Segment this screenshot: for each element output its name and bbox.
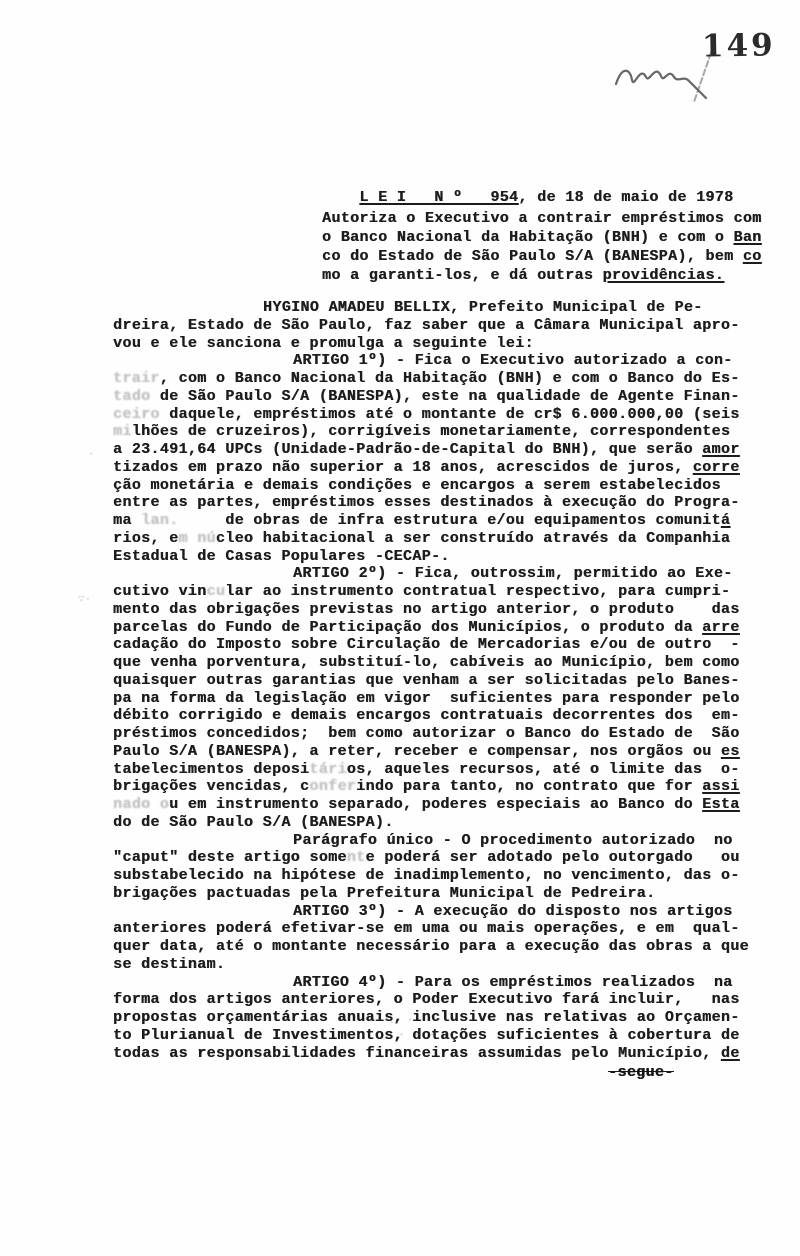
text-line: mo a garanti-los, e dá outras providênci… bbox=[322, 266, 762, 285]
text-segment: cu bbox=[207, 583, 226, 600]
text-segment: Parágrafo único - O procedimento autoriz… bbox=[293, 832, 733, 849]
document-page: 149 L E I N º 954, de 18 de maio de 1978… bbox=[0, 0, 800, 1256]
text-segment: de obras de infra estrutura e/ou equipam… bbox=[178, 512, 720, 529]
text-segment: onfer bbox=[309, 778, 356, 795]
text-segment: débito corrigido e demais encargos contr… bbox=[113, 707, 740, 724]
text-line: parcelas do Fundo de Participação dos Mu… bbox=[113, 619, 749, 637]
text-line: préstimos concedidos; bem como autorizar… bbox=[113, 725, 749, 743]
text-segment: tári bbox=[309, 761, 346, 778]
text-line: Paulo S/A (BANESPA), a reter, receber e … bbox=[113, 743, 749, 761]
text-segment: ARTIGO 4º) - Para os empréstimos realiza… bbox=[293, 974, 733, 991]
text-segment: Ban bbox=[733, 229, 761, 246]
text-segment: dreira, Estado de São Paulo, faz saber q… bbox=[113, 317, 740, 334]
text-segment: Esta bbox=[702, 796, 739, 813]
text-segment: os, aqueles recursos, até o limite das o… bbox=[347, 761, 740, 778]
text-segment: nado o bbox=[113, 796, 169, 813]
text-line: cutivo vincular ao instrumento contratua… bbox=[113, 583, 749, 601]
text-segment: Autoriza o Executivo a contrair emprésti… bbox=[322, 210, 762, 227]
text-line: ARTIGO 1º) - Fica o Executivo autorizado… bbox=[113, 352, 749, 370]
law-title-date: , de 18 de maio de 1978 bbox=[518, 189, 733, 206]
text-segment: Paulo S/A (BANESPA), a reter, receber e … bbox=[113, 743, 721, 760]
text-segment: á bbox=[721, 512, 730, 529]
law-summary: Autoriza o Executivo a contrair emprésti… bbox=[322, 209, 762, 285]
text-segment: co do Estado de São Paulo S/A (BANESPA),… bbox=[322, 248, 743, 265]
text-line: quaisquer outras garantias que venham a … bbox=[113, 672, 749, 690]
handwritten-page-mark: 149 bbox=[610, 18, 800, 113]
text-segment: corre bbox=[693, 459, 740, 476]
text-segment: e poderá ser adotado pelo outorgado ou bbox=[366, 849, 740, 866]
text-segment: anteriores poderá efetivar-se em uma ou … bbox=[113, 920, 740, 937]
text-line: brigações pactuadas pela Prefeitura Muni… bbox=[113, 885, 749, 903]
text-segment: ceiro bbox=[113, 406, 160, 423]
text-segment: cutivo vin bbox=[113, 583, 207, 600]
text-line: brigações vencidas, conferindo para tant… bbox=[113, 778, 749, 796]
text-segment: lar ao instrumento contratual respectivo… bbox=[225, 583, 730, 600]
continuation-mark: -segue- bbox=[608, 1064, 673, 1081]
text-segment: amor bbox=[702, 441, 739, 458]
text-segment: tabelecimentos deposi bbox=[113, 761, 309, 778]
text-line: a 23.491,64 UPCs (Unidade-Padrão-de-Capi… bbox=[113, 441, 749, 459]
text-segment: providências. bbox=[603, 267, 725, 284]
text-line: entre as partes, empréstimos esses desti… bbox=[113, 494, 749, 512]
text-line: tado de São Paulo S/A (BANESPA), este na… bbox=[113, 388, 749, 406]
text-line: do de São Paulo S/A (BANESPA). bbox=[113, 814, 749, 832]
text-segment: brigações pactuadas pela Prefeitura Muni… bbox=[113, 885, 655, 902]
text-segment: daquele, empréstimos até o montante de c… bbox=[160, 406, 740, 423]
text-line: co do Estado de São Paulo S/A (BANESPA),… bbox=[322, 247, 762, 266]
text-segment: tado bbox=[113, 388, 160, 405]
text-line: todas as responsabilidades financeiras a… bbox=[113, 1045, 749, 1063]
text-line: vou e ele sanciona e promulga a seguinte… bbox=[113, 335, 749, 353]
text-line: substabelecido na hipótese de inadimplem… bbox=[113, 867, 749, 885]
text-segment: mo a garanti-los, e dá outras bbox=[322, 267, 603, 284]
text-line: milhões de cruzeiros), corrigíveis monet… bbox=[113, 423, 749, 441]
text-line: se destinam. bbox=[113, 956, 749, 974]
scan-artifact: ∵· bbox=[78, 592, 91, 606]
text-segment: lan. bbox=[141, 512, 178, 529]
text-segment: ção monetária e demais condições e encar… bbox=[113, 477, 721, 494]
text-segment: HYGINO AMADEU BELLIX, Prefeito Municipal… bbox=[263, 299, 703, 316]
text-segment: Estadual de Casas Populares -CECAP-. bbox=[113, 548, 450, 565]
text-line: Estadual de Casas Populares -CECAP-. bbox=[113, 548, 749, 566]
text-segment: ARTIGO 1º) - Fica o Executivo autorizado… bbox=[293, 352, 733, 369]
text-segment: a 23.491,64 UPCs (Unidade-Padrão-de-Capi… bbox=[113, 441, 702, 458]
text-segment: es bbox=[721, 743, 740, 760]
text-line: rios, em núcleo habitacional a ser const… bbox=[113, 530, 749, 548]
text-line: Autoriza o Executivo a contrair emprésti… bbox=[322, 209, 762, 228]
text-line: ção monetária e demais condições e encar… bbox=[113, 477, 749, 495]
text-line: mento das obrigações previstas no artigo… bbox=[113, 601, 749, 619]
text-segment: u em instrumento separado, poderes espec… bbox=[169, 796, 702, 813]
text-segment: ARTIGO 2º) - Fica, outrossim, permitido … bbox=[293, 565, 733, 582]
text-line: ARTIGO 4º) - Para os empréstimos realiza… bbox=[113, 974, 749, 992]
text-line: quer data, até o montante necessário par… bbox=[113, 938, 749, 956]
text-segment: rios, e bbox=[113, 530, 178, 547]
text-segment: entre as partes, empréstimos esses desti… bbox=[113, 494, 740, 511]
text-segment: mi bbox=[113, 423, 132, 440]
text-line: ceiro daquele, empréstimos até o montant… bbox=[113, 406, 749, 424]
text-segment: de São Paulo S/A (BANESPA), este na qual… bbox=[160, 388, 740, 405]
text-line: tizados em prazo não superior a 18 anos,… bbox=[113, 459, 749, 477]
text-segment: m nú bbox=[178, 530, 215, 547]
text-segment: cadação do Imposto sobre Circulação de M… bbox=[113, 636, 740, 653]
text-segment: quer data, até o montante necessário par… bbox=[113, 938, 749, 955]
text-segment: do de São Paulo S/A (BANESPA). bbox=[113, 814, 394, 831]
text-segment: assi bbox=[702, 778, 739, 795]
page-number: 149 bbox=[702, 27, 776, 64]
text-line: trair, com o Banco Nacional da Habitação… bbox=[113, 370, 749, 388]
text-segment: tizados em prazo não superior a 18 anos,… bbox=[113, 459, 693, 476]
text-line: ARTIGO 2º) - Fica, outrossim, permitido … bbox=[113, 565, 749, 583]
text-segment: parcelas do Fundo de Participação dos Mu… bbox=[113, 619, 702, 636]
scan-artifact: ·‥ · · · · bbox=[382, 1012, 437, 1042]
text-segment: brigações vencidas, c bbox=[113, 778, 309, 795]
text-segment: cleo habitacional a ser construído atrav… bbox=[216, 530, 730, 547]
text-segment: se destinam. bbox=[113, 956, 225, 973]
text-segment: quaisquer outras garantias que venham a … bbox=[113, 672, 740, 689]
text-line: pa na forma da legislação em vigor sufic… bbox=[113, 690, 749, 708]
text-segment: pa na forma da legislação em vigor sufic… bbox=[113, 690, 740, 707]
text-segment: de bbox=[721, 1045, 740, 1062]
law-body-text: HYGINO AMADEU BELLIX, Prefeito Municipal… bbox=[113, 299, 749, 1062]
text-segment: ma bbox=[113, 512, 141, 529]
text-line: débito corrigido e demais encargos contr… bbox=[113, 707, 749, 725]
text-line: tabelecimentos depositários, aqueles rec… bbox=[113, 761, 749, 779]
text-line: cadação do Imposto sobre Circulação de M… bbox=[113, 636, 749, 654]
text-line: anteriores poderá efetivar-se em uma ou … bbox=[113, 920, 749, 938]
text-segment: co bbox=[743, 248, 762, 265]
text-segment: todas as responsabilidades financeiras a… bbox=[113, 1045, 721, 1062]
text-line: forma dos artigos anteriores, o Poder Ex… bbox=[113, 991, 749, 1009]
text-segment: substabelecido na hipótese de inadimplem… bbox=[113, 867, 740, 884]
text-segment: ARTIGO 3º) - A execução do disposto nos … bbox=[293, 903, 733, 920]
text-line: ARTIGO 3º) - A execução do disposto nos … bbox=[113, 903, 749, 921]
text-segment: mento das obrigações previstas no artigo… bbox=[113, 601, 740, 618]
text-line: HYGINO AMADEU BELLIX, Prefeito Municipal… bbox=[113, 299, 749, 317]
text-segment: forma dos artigos anteriores, o Poder Ex… bbox=[113, 991, 740, 1008]
law-title-number: L E I N º 954 bbox=[359, 189, 518, 206]
scan-artifact: · bbox=[88, 449, 95, 461]
text-segment: lhões de cruzeiros), corrigíveis monetar… bbox=[132, 423, 731, 440]
text-line: o Banco Nacional da Habitação (BNH) e co… bbox=[322, 228, 762, 247]
text-segment: arre bbox=[702, 619, 739, 636]
text-segment: vou e ele sanciona e promulga a seguinte… bbox=[113, 335, 534, 352]
text-line: ma lan. de obras de infra estrutura e/ou… bbox=[113, 512, 749, 530]
text-line: dreira, Estado de São Paulo, faz saber q… bbox=[113, 317, 749, 335]
text-line: nado ou em instrumento separado, poderes… bbox=[113, 796, 749, 814]
text-segment: trair bbox=[113, 370, 160, 387]
text-segment: o Banco Nacional da Habitação (BNH) e co… bbox=[322, 229, 733, 246]
text-segment: indo para tanto, no contrato que for bbox=[356, 778, 702, 795]
text-segment: nt bbox=[347, 849, 366, 866]
text-line: "caput" deste artigo somente poderá ser … bbox=[113, 849, 749, 867]
text-segment: que venha porventura, substituí-lo, cabí… bbox=[113, 654, 740, 671]
text-segment: , com o Banco Nacional da Habitação (BNH… bbox=[160, 370, 740, 387]
text-segment: préstimos concedidos; bem como autorizar… bbox=[113, 725, 740, 742]
text-segment: "caput" deste artigo some bbox=[113, 849, 347, 866]
text-line: Parágrafo único - O procedimento autoriz… bbox=[113, 832, 749, 850]
text-line: que venha porventura, substituí-lo, cabí… bbox=[113, 654, 749, 672]
